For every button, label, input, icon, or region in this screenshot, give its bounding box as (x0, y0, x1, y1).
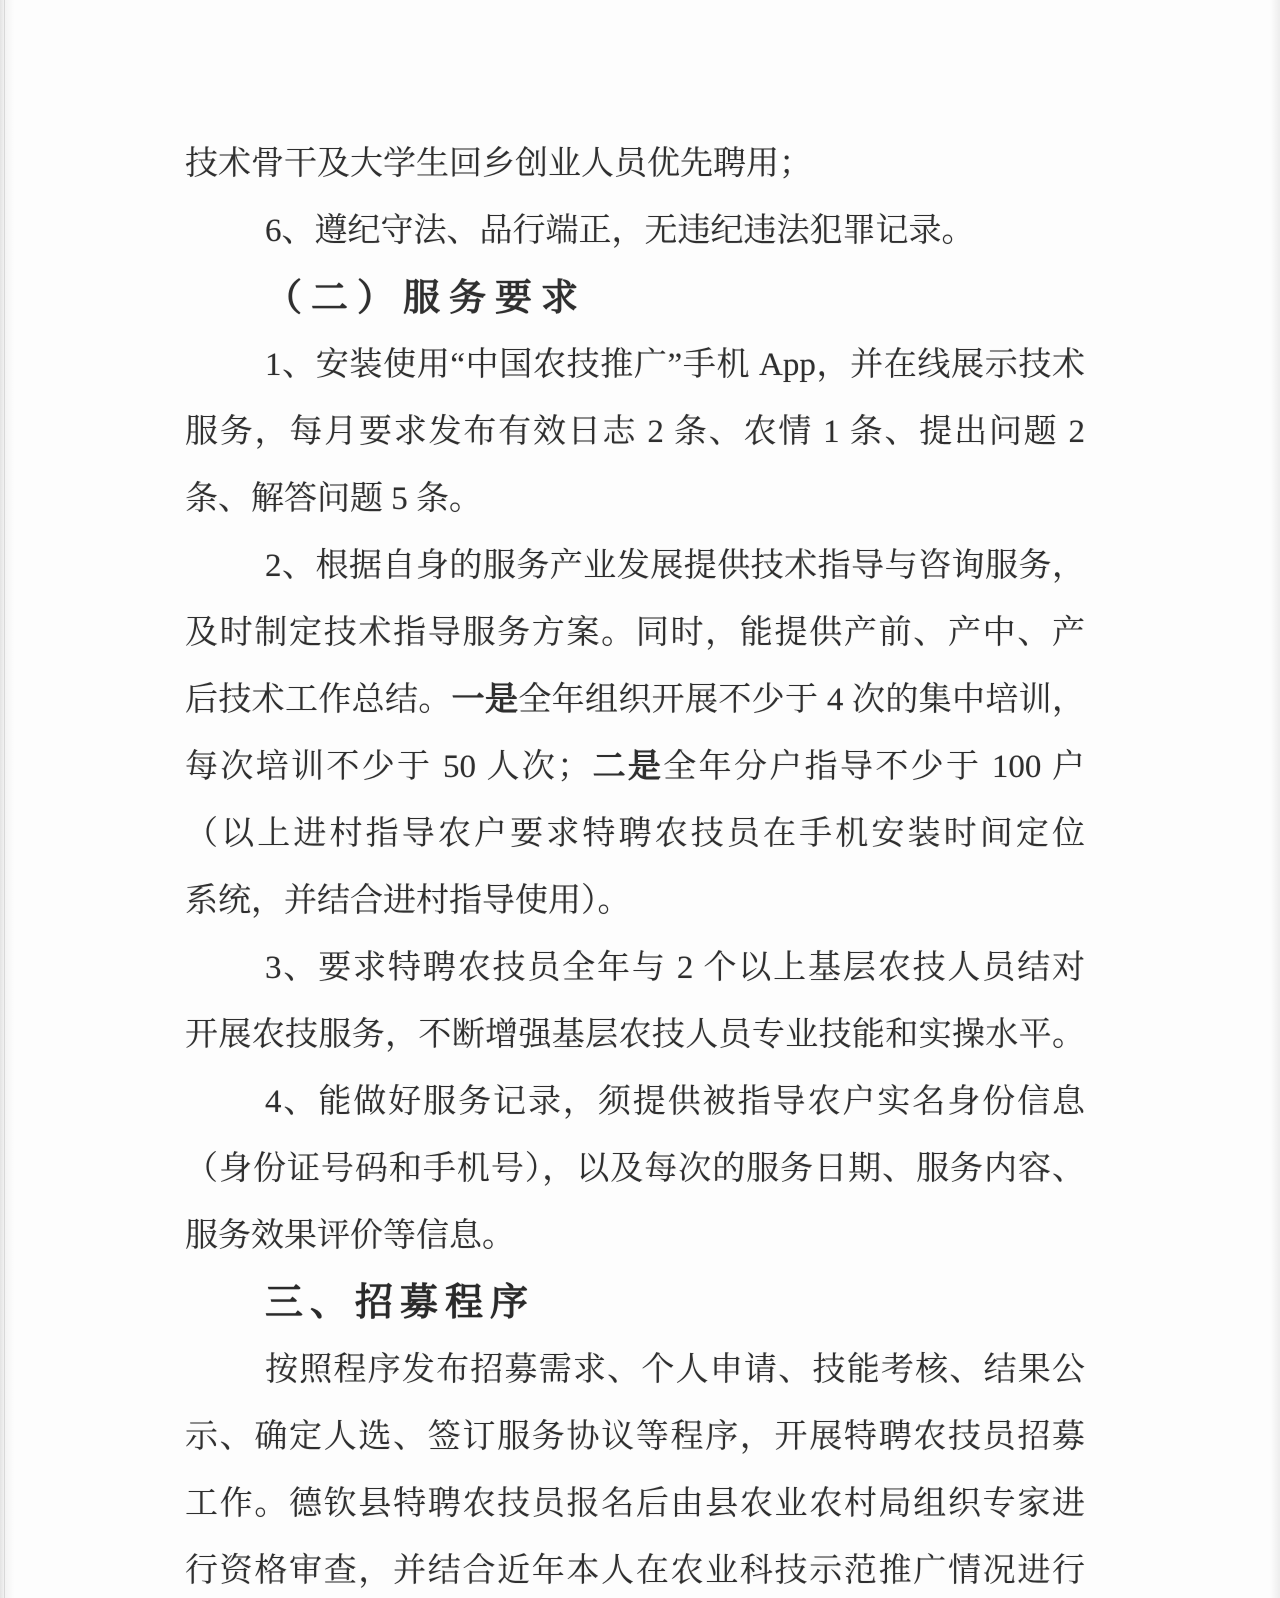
heading-line: 三、招募程序 (185, 1270, 1085, 1337)
text-run: 按照程序发布招募需求、个人申请、技能考核、结果公 (265, 1352, 1085, 1388)
text-line: 6、遵纪守法、品行端正，无违纪违法犯罪记录。 (185, 198, 1085, 265)
text-run: （身份证号码和手机号），以及每次的服务日期、服务内容、 (185, 1151, 1085, 1187)
text-line: 开展农技服务，不断增强基层农技人员专业技能和实操水平。 (185, 1002, 1085, 1069)
page-left-edge-line (4, 0, 5, 1598)
text-run: 全年分户指导不少于 100 户 (663, 749, 1085, 785)
text-line: 按照程序发布招募需求、个人申请、技能考核、结果公 (185, 1337, 1085, 1404)
text-line: 技术骨干及大学生回乡创业人员优先聘用； (185, 131, 1085, 198)
text-run: 3、要求特聘农技员全年与 2 个以上基层农技人员结对 (265, 950, 1085, 986)
text-line: 4、能做好服务记录，须提供被指导农户实名身份信息 (185, 1069, 1085, 1136)
text-run: 系统，并结合进村指导使用）。 (185, 883, 631, 919)
text-line: 1、安装使用“中国农技推广”手机 App，并在线展示技术 (185, 332, 1085, 399)
text-run: 示、确定人选、签订服务协议等程序，开展特聘农技员招募 (185, 1419, 1085, 1455)
text-run: 1、安装使用“中国农技推广”手机 App，并在线展示技术 (265, 347, 1085, 383)
text-line: 条、解答问题 5 条。 (185, 466, 1085, 533)
text-run: 一是 (452, 682, 519, 718)
text-line: 服务效果评价等信息。 (185, 1203, 1085, 1270)
text-line: （以上进村指导农户要求特聘农技员在手机安装时间定位 (185, 801, 1085, 868)
text-line: 服务，每月要求发布有效日志 2 条、农情 1 条、提出问题 2 (185, 399, 1085, 466)
text-line: 3、要求特聘农技员全年与 2 个以上基层农技人员结对 (185, 935, 1085, 1002)
text-run: 技术骨干及大学生回乡创业人员优先聘用； (185, 146, 812, 182)
text-run: 2、根据自身的服务产业发展提供技术指导与咨询服务， (265, 548, 1085, 584)
text-run: （二）服务要求 (265, 278, 587, 319)
text-run: 二是 (590, 749, 663, 785)
text-line: 后技术工作总结。一是全年组织开展不少于 4 次的集中培训， (185, 667, 1085, 734)
text-run: 工作。德钦县特聘农技员报名后由县农业农村局组织专家进 (185, 1486, 1085, 1522)
page-left-edge-shadow (0, 0, 14, 1598)
document-text-column: 技术骨干及大学生回乡创业人员优先聘用；6、遵纪守法、品行端正，无违纪违法犯罪记录… (185, 131, 1085, 1598)
text-run: （以上进村指导农户要求特聘农技员在手机安装时间定位 (185, 816, 1085, 852)
text-run: 全年组织开展不少于 4 次的集中培训， (518, 682, 1085, 718)
text-line: 行资格审查，并结合近年本人在农业科技示范推广情况进行 (185, 1538, 1085, 1598)
page-right-edge-shadow (1270, 0, 1280, 1598)
text-line: （身份证号码和手机号），以及每次的服务日期、服务内容、 (185, 1136, 1085, 1203)
text-line: 2、根据自身的服务产业发展提供技术指导与咨询服务， (185, 533, 1085, 600)
text-line: 工作。德钦县特聘农技员报名后由县农业农村局组织专家进 (185, 1471, 1085, 1538)
text-line: 系统，并结合进村指导使用）。 (185, 868, 1085, 935)
text-line: 及时制定技术指导服务方案。同时，能提供产前、产中、产 (185, 600, 1085, 667)
text-run: 6、遵纪守法、品行端正，无违纪违法犯罪记录。 (265, 213, 975, 249)
text-run: 开展农技服务，不断增强基层农技人员专业技能和实操水平。 (185, 1017, 1085, 1053)
text-run: 行资格审查，并结合近年本人在农业科技示范推广情况进行 (185, 1553, 1085, 1589)
text-line: 示、确定人选、签订服务协议等程序，开展特聘农技员招募 (185, 1404, 1085, 1471)
text-run: 三、招募程序 (265, 1282, 535, 1324)
text-run: 服务，每月要求发布有效日志 2 条、农情 1 条、提出问题 2 (185, 414, 1085, 450)
text-run: 服务效果评价等信息。 (185, 1218, 515, 1254)
text-run: 4、能做好服务记录，须提供被指导农户实名身份信息 (265, 1084, 1085, 1120)
text-run: 每次培训不少于 50 人次； (185, 749, 590, 785)
document-page: 技术骨干及大学生回乡创业人员优先聘用；6、遵纪守法、品行端正，无违纪违法犯罪记录… (0, 0, 1280, 1598)
text-line: 每次培训不少于 50 人次；二是全年分户指导不少于 100 户 (185, 734, 1085, 801)
text-run: 及时制定技术指导服务方案。同时，能提供产前、产中、产 (185, 615, 1085, 651)
text-run: 后技术工作总结。 (185, 682, 452, 718)
heading-line: （二）服务要求 (185, 265, 1085, 332)
text-run: 条、解答问题 5 条。 (185, 481, 482, 517)
